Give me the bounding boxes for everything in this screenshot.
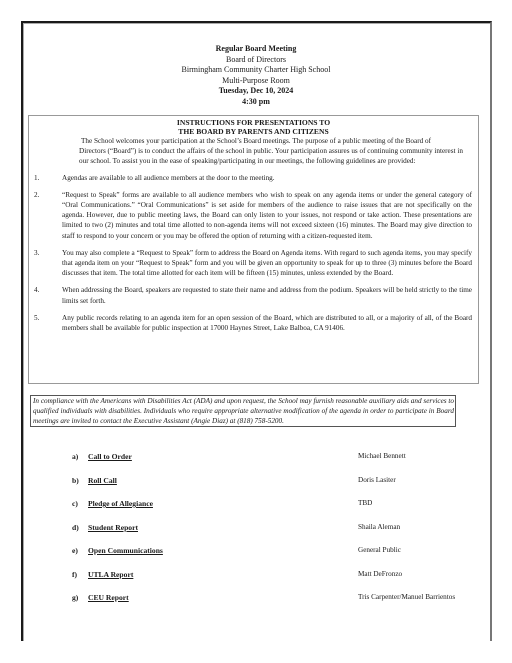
- agenda-item-presenter: Doris Lasiter: [358, 476, 396, 484]
- meeting-date: Tuesday, Dec 10, 2024: [0, 86, 512, 97]
- school-name: Birmingham Community Charter High School: [0, 65, 512, 76]
- agenda-item-title: Call to Order: [88, 452, 132, 461]
- agenda-item-title: Pledge of Allegiance: [88, 499, 153, 508]
- agenda-item-letter: b): [72, 476, 79, 485]
- meeting-time: 4:30 pm: [0, 97, 512, 108]
- agenda-item-title: Student Report: [88, 523, 138, 532]
- meeting-room: Multi-Purpose Room: [0, 76, 512, 87]
- board-name: Board of Directors: [0, 55, 512, 66]
- agenda-item: b)Roll CallDoris Lasiter: [70, 476, 490, 500]
- agenda-item-letter: e): [72, 546, 78, 555]
- guideline-text: Any public records relating to an agenda…: [62, 314, 472, 332]
- instructions-title-line-1: INSTRUCTIONS FOR PRESENTATIONS TO: [29, 118, 478, 127]
- agenda-item-letter: f): [72, 570, 77, 579]
- agenda-item-letter: c): [72, 499, 78, 508]
- guideline-item: 5.Any public records relating to an agen…: [29, 313, 472, 333]
- agenda-item: d)Student Report Shaila Aleman: [70, 523, 490, 547]
- agenda-item: a)Call to OrderMichael Bennett: [70, 452, 490, 476]
- guideline-number: 4.: [34, 285, 39, 295]
- guideline-item: 1.Agendas are available to all audience …: [29, 173, 472, 183]
- intro-line-1: The School welcomes your participation a…: [79, 136, 472, 146]
- agenda-item-title: Open Communications: [88, 546, 163, 555]
- agenda-item: e)Open CommunicationsGeneral Public: [70, 546, 490, 570]
- instructions-box: INSTRUCTIONS FOR PRESENTATIONS TO THE BO…: [28, 115, 479, 384]
- agenda-item: g)CEU Report Tris Carpenter/Manuel Barri…: [70, 593, 490, 617]
- agenda-item: f)UTLA ReportMatt DeFronzo: [70, 570, 490, 594]
- agenda-item-letter: d): [72, 523, 79, 532]
- agenda-item-presenter: Matt DeFronzo: [358, 570, 402, 578]
- ada-notice: In compliance with the Americans with Di…: [30, 395, 456, 427]
- agenda-item-letter: a): [72, 452, 78, 461]
- guideline-text: “Request to Speak” forms are available t…: [62, 191, 472, 240]
- instructions-title-line-2: THE BOARD BY PARENTS AND CITIZENS: [29, 127, 478, 136]
- guideline-number: 5.: [34, 313, 39, 323]
- agenda-item-title: CEU Report: [88, 593, 129, 602]
- guideline-item: 2.“Request to Speak” forms are available…: [29, 190, 472, 241]
- agenda-item: c)Pledge of AllegianceTBD: [70, 499, 490, 523]
- guideline-number: 3.: [34, 248, 39, 258]
- instructions-intro: The School welcomes your participation a…: [79, 136, 472, 167]
- intro-line-2: Directors (“Board”) is to conduct the af…: [79, 146, 472, 166]
- instructions-title: INSTRUCTIONS FOR PRESENTATIONS TO THE BO…: [29, 118, 478, 136]
- agenda-item-presenter: General Public: [358, 546, 401, 554]
- agenda-item-presenter: TBD: [358, 499, 372, 507]
- agenda-item-presenter: Shaila Aleman: [358, 523, 400, 531]
- agenda-item-presenter: Michael Bennett: [358, 452, 406, 460]
- agenda-list: a)Call to OrderMichael Bennettb)Roll Cal…: [70, 452, 490, 617]
- guideline-text: You may also complete a “Request to Spea…: [62, 249, 472, 277]
- guideline-number: 1.: [34, 173, 39, 183]
- meeting-header: Regular Board Meeting Board of Directors…: [0, 44, 512, 108]
- guideline-item: 3.You may also complete a “Request to Sp…: [29, 248, 472, 279]
- guideline-text: Agendas are available to all audience me…: [62, 174, 275, 182]
- agenda-item-letter: g): [72, 593, 78, 602]
- guideline-item: 4.When addressing the Board, speakers ar…: [29, 285, 472, 305]
- meeting-title: Regular Board Meeting: [0, 44, 512, 55]
- agenda-item-title: Roll Call: [88, 476, 117, 485]
- guidelines-list: 1.Agendas are available to all audience …: [29, 173, 472, 334]
- agenda-item-title: UTLA Report: [88, 570, 133, 579]
- guideline-text: When addressing the Board, speakers are …: [62, 286, 472, 304]
- guideline-number: 2.: [34, 190, 39, 200]
- agenda-item-presenter: Tris Carpenter/Manuel Barrientos: [358, 593, 455, 601]
